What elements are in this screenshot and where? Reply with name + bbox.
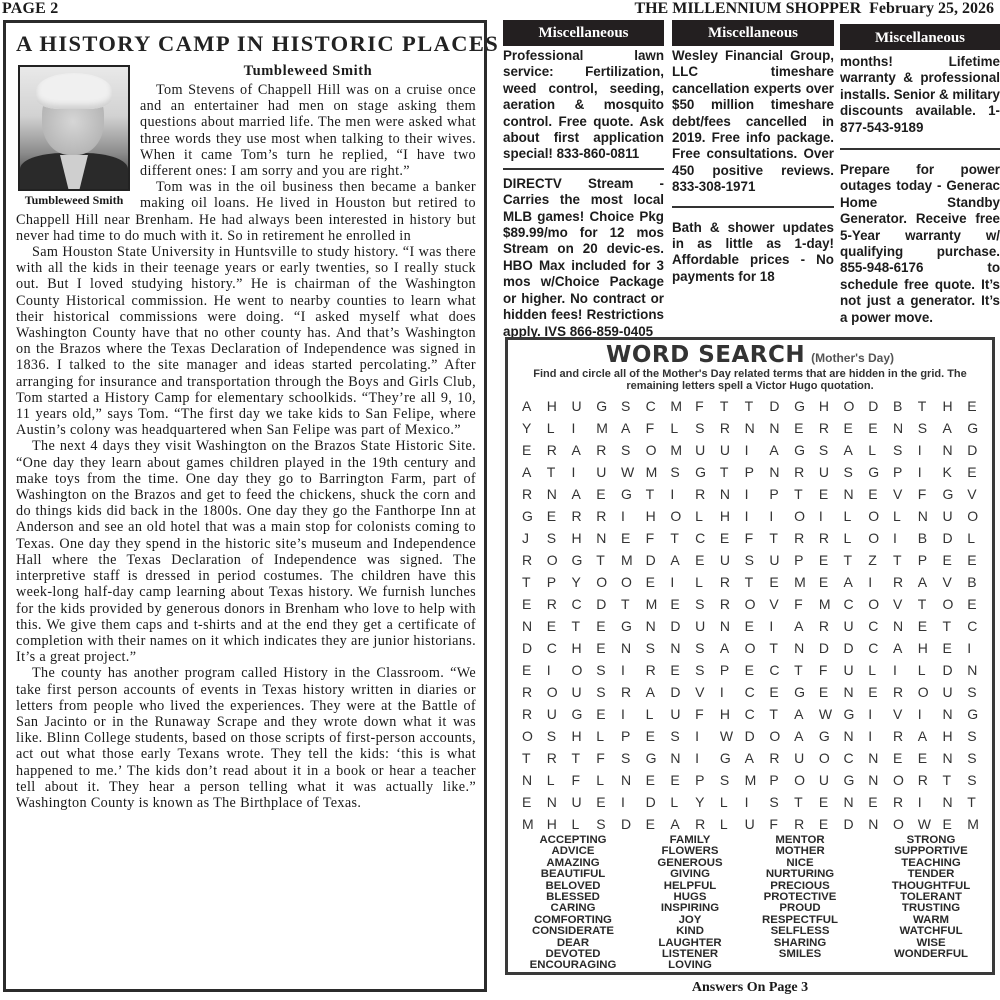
grid-letter[interactable]: O [621, 574, 646, 596]
grid-letter[interactable]: L [918, 662, 943, 684]
grid-letter[interactable]: T [596, 552, 621, 574]
grid-letter[interactable]: E [844, 420, 869, 442]
grid-letter[interactable]: P [794, 552, 819, 574]
grid-letter[interactable]: G [868, 464, 893, 486]
grid-letter[interactable]: H [571, 640, 596, 662]
grid-letter[interactable]: O [670, 508, 695, 530]
grid-letter[interactable]: I [621, 508, 646, 530]
grid-letter[interactable]: T [646, 486, 671, 508]
grid-letter[interactable]: S [695, 420, 720, 442]
grid-letter[interactable]: V [967, 486, 992, 508]
grid-letter[interactable]: M [670, 442, 695, 464]
grid-letter[interactable]: R [819, 420, 844, 442]
grid-letter[interactable]: S [720, 772, 745, 794]
grid-letter[interactable]: H [942, 398, 967, 420]
grid-letter[interactable]: G [942, 486, 967, 508]
grid-letter[interactable]: S [596, 662, 621, 684]
grid-letter[interactable]: I [918, 464, 943, 486]
grid-letter[interactable]: R [794, 530, 819, 552]
grid-letter[interactable]: F [918, 486, 943, 508]
grid-letter[interactable]: R [621, 684, 646, 706]
grid-letter[interactable]: N [942, 442, 967, 464]
grid-letter[interactable]: T [769, 640, 794, 662]
grid-letter[interactable]: T [571, 750, 596, 772]
grid-letter[interactable]: B [967, 574, 992, 596]
grid-letter[interactable]: O [769, 728, 794, 750]
grid-letter[interactable]: T [522, 750, 547, 772]
grid-letter[interactable]: W [819, 706, 844, 728]
grid-letter[interactable]: O [745, 640, 770, 662]
grid-letter[interactable]: U [571, 398, 596, 420]
grid-letter[interactable]: Y [571, 574, 596, 596]
grid-letter[interactable]: V [769, 596, 794, 618]
grid-letter[interactable]: A [571, 486, 596, 508]
grid-letter[interactable]: W [621, 464, 646, 486]
grid-letter[interactable]: D [745, 728, 770, 750]
grid-letter[interactable]: H [646, 508, 671, 530]
grid-letter[interactable]: A [720, 640, 745, 662]
grid-letter[interactable]: C [868, 618, 893, 640]
grid-letter[interactable]: G [621, 618, 646, 640]
grid-letter[interactable]: U [596, 464, 621, 486]
grid-letter[interactable]: E [646, 772, 671, 794]
grid-letter[interactable]: L [596, 728, 621, 750]
grid-letter[interactable]: V [893, 596, 918, 618]
grid-letter[interactable]: I [819, 508, 844, 530]
grid-letter[interactable]: G [967, 706, 992, 728]
grid-letter[interactable]: H [547, 398, 572, 420]
grid-letter[interactable]: E [918, 618, 943, 640]
grid-letter[interactable]: S [967, 750, 992, 772]
grid-letter[interactable]: E [720, 530, 745, 552]
grid-letter[interactable]: N [596, 530, 621, 552]
grid-letter[interactable]: G [794, 398, 819, 420]
grid-letter[interactable]: G [596, 398, 621, 420]
grid-letter[interactable]: R [769, 750, 794, 772]
grid-letter[interactable]: A [893, 640, 918, 662]
grid-letter[interactable]: O [868, 530, 893, 552]
grid-letter[interactable]: C [547, 640, 572, 662]
grid-letter[interactable]: E [522, 442, 547, 464]
grid-letter[interactable]: L [695, 508, 720, 530]
grid-letter[interactable]: S [695, 640, 720, 662]
grid-letter[interactable]: R [522, 552, 547, 574]
grid-letter[interactable]: E [819, 794, 844, 816]
grid-letter[interactable]: U [819, 464, 844, 486]
grid-letter[interactable]: N [522, 772, 547, 794]
grid-letter[interactable]: S [670, 464, 695, 486]
grid-letter[interactable]: B [918, 530, 943, 552]
grid-letter[interactable]: L [868, 662, 893, 684]
grid-letter[interactable]: M [646, 596, 671, 618]
grid-letter[interactable]: L [670, 794, 695, 816]
grid-letter[interactable]: P [769, 486, 794, 508]
grid-letter[interactable]: L [695, 574, 720, 596]
grid-letter[interactable]: H [720, 508, 745, 530]
grid-letter[interactable]: E [596, 486, 621, 508]
grid-letter[interactable]: P [893, 464, 918, 486]
grid-letter[interactable]: A [571, 442, 596, 464]
grid-letter[interactable]: D [967, 442, 992, 464]
grid-letter[interactable]: I [621, 794, 646, 816]
grid-letter[interactable]: E [868, 420, 893, 442]
grid-letter[interactable]: I [571, 464, 596, 486]
grid-letter[interactable]: N [522, 618, 547, 640]
grid-letter[interactable]: H [571, 530, 596, 552]
grid-letter[interactable]: D [844, 640, 869, 662]
grid-letter[interactable]: A [794, 706, 819, 728]
grid-letter[interactable]: R [918, 772, 943, 794]
grid-letter[interactable]: O [942, 596, 967, 618]
grid-letter[interactable]: E [745, 618, 770, 640]
grid-letter[interactable]: N [646, 618, 671, 640]
grid-letter[interactable]: S [621, 750, 646, 772]
grid-letter[interactable]: G [819, 728, 844, 750]
grid-letter[interactable]: I [745, 508, 770, 530]
grid-letter[interactable]: T [942, 618, 967, 640]
grid-letter[interactable]: I [868, 574, 893, 596]
grid-letter[interactable]: D [646, 552, 671, 574]
grid-letter[interactable]: T [670, 530, 695, 552]
grid-letter[interactable]: O [522, 728, 547, 750]
grid-letter[interactable]: F [794, 596, 819, 618]
grid-letter[interactable]: R [646, 662, 671, 684]
grid-letter[interactable]: T [720, 464, 745, 486]
grid-letter[interactable]: A [794, 728, 819, 750]
grid-letter[interactable]: T [547, 464, 572, 486]
grid-letter[interactable]: D [942, 530, 967, 552]
grid-letter[interactable]: S [967, 684, 992, 706]
grid-letter[interactable]: D [596, 596, 621, 618]
grid-letter[interactable]: E [745, 662, 770, 684]
grid-letter[interactable]: M [646, 464, 671, 486]
grid-letter[interactable]: M [621, 552, 646, 574]
grid-letter[interactable]: E [819, 552, 844, 574]
grid-letter[interactable]: C [844, 750, 869, 772]
grid-letter[interactable]: R [522, 706, 547, 728]
grid-letter[interactable]: T [918, 398, 943, 420]
grid-letter[interactable]: R [893, 794, 918, 816]
grid-letter[interactable]: A [918, 574, 943, 596]
grid-letter[interactable]: N [794, 640, 819, 662]
grid-letter[interactable]: E [769, 684, 794, 706]
grid-letter[interactable]: F [596, 750, 621, 772]
grid-letter[interactable]: U [769, 552, 794, 574]
grid-letter[interactable]: L [670, 420, 695, 442]
grid-letter[interactable]: U [844, 662, 869, 684]
grid-letter[interactable]: T [769, 706, 794, 728]
grid-letter[interactable]: B [893, 398, 918, 420]
grid-letter[interactable]: L [868, 442, 893, 464]
grid-letter[interactable]: E [967, 464, 992, 486]
grid-letter[interactable]: S [547, 728, 572, 750]
grid-letter[interactable]: P [769, 772, 794, 794]
grid-letter[interactable]: S [745, 552, 770, 574]
grid-letter[interactable]: N [868, 750, 893, 772]
grid-letter[interactable]: D [819, 640, 844, 662]
grid-letter[interactable]: H [918, 640, 943, 662]
grid-letter[interactable]: G [844, 706, 869, 728]
grid-letter[interactable]: E [646, 574, 671, 596]
grid-letter[interactable]: E [868, 684, 893, 706]
grid-letter[interactable]: U [794, 750, 819, 772]
grid-letter[interactable]: U [695, 618, 720, 640]
grid-letter[interactable]: P [547, 574, 572, 596]
grid-letter[interactable]: S [670, 728, 695, 750]
grid-letter[interactable]: D [769, 398, 794, 420]
grid-letter[interactable]: R [720, 596, 745, 618]
grid-letter[interactable]: I [868, 706, 893, 728]
grid-letter[interactable]: R [596, 508, 621, 530]
grid-letter[interactable]: I [918, 442, 943, 464]
grid-letter[interactable]: A [769, 442, 794, 464]
grid-letter[interactable]: C [967, 618, 992, 640]
grid-letter[interactable]: N [621, 640, 646, 662]
grid-letter[interactable]: O [893, 772, 918, 794]
grid-letter[interactable]: E [819, 684, 844, 706]
grid-letter[interactable]: T [720, 398, 745, 420]
grid-letter[interactable]: U [547, 706, 572, 728]
grid-letter[interactable]: U [942, 684, 967, 706]
grid-letter[interactable]: N [942, 750, 967, 772]
grid-letter[interactable]: O [745, 596, 770, 618]
grid-letter[interactable]: I [670, 574, 695, 596]
grid-letter[interactable]: E [596, 706, 621, 728]
grid-letter[interactable]: P [695, 772, 720, 794]
grid-letter[interactable]: E [547, 618, 572, 640]
grid-letter[interactable]: N [942, 794, 967, 816]
grid-letter[interactable]: F [646, 530, 671, 552]
grid-letter[interactable]: M [819, 596, 844, 618]
grid-letter[interactable]: C [571, 596, 596, 618]
grid-letter[interactable]: R [794, 464, 819, 486]
grid-letter[interactable]: R [547, 750, 572, 772]
grid-letter[interactable]: N [967, 662, 992, 684]
grid-letter[interactable]: L [596, 772, 621, 794]
grid-letter[interactable]: I [769, 508, 794, 530]
grid-letter[interactable]: E [893, 750, 918, 772]
grid-letter[interactable]: N [844, 486, 869, 508]
grid-letter[interactable]: N [893, 420, 918, 442]
grid-letter[interactable]: E [596, 640, 621, 662]
grid-letter[interactable]: R [596, 442, 621, 464]
grid-letter[interactable]: P [621, 728, 646, 750]
grid-letter[interactable]: S [621, 398, 646, 420]
grid-letter[interactable]: I [720, 684, 745, 706]
grid-letter[interactable]: E [868, 486, 893, 508]
grid-letter[interactable]: V [942, 574, 967, 596]
grid-letter[interactable]: E [596, 618, 621, 640]
grid-letter[interactable]: I [893, 662, 918, 684]
grid-letter[interactable]: U [670, 706, 695, 728]
grid-letter[interactable]: C [769, 662, 794, 684]
grid-letter[interactable]: O [547, 552, 572, 574]
grid-letter[interactable]: A [942, 420, 967, 442]
grid-letter[interactable]: E [596, 794, 621, 816]
grid-letter[interactable]: F [695, 398, 720, 420]
grid-letter[interactable]: T [745, 398, 770, 420]
grid-letter[interactable]: I [868, 728, 893, 750]
grid-letter[interactable]: R [720, 420, 745, 442]
grid-letter[interactable]: S [621, 442, 646, 464]
grid-letter[interactable]: G [967, 420, 992, 442]
grid-letter[interactable]: N [942, 706, 967, 728]
grid-letter[interactable]: O [868, 596, 893, 618]
grid-letter[interactable]: T [967, 794, 992, 816]
grid-letter[interactable]: D [670, 618, 695, 640]
grid-letter[interactable]: T [942, 772, 967, 794]
grid-letter[interactable]: U [844, 618, 869, 640]
grid-letter[interactable]: R [893, 728, 918, 750]
grid-letter[interactable]: E [942, 640, 967, 662]
grid-letter[interactable]: E [522, 794, 547, 816]
grid-letter[interactable]: H [720, 706, 745, 728]
grid-letter[interactable]: G [571, 552, 596, 574]
grid-letter[interactable]: S [918, 420, 943, 442]
grid-letter[interactable]: E [522, 662, 547, 684]
grid-letter[interactable]: D [522, 640, 547, 662]
grid-letter[interactable]: N [893, 618, 918, 640]
grid-letter[interactable]: F [646, 420, 671, 442]
grid-letter[interactable]: E [522, 596, 547, 618]
grid-letter[interactable]: M [596, 420, 621, 442]
grid-letter[interactable]: A [844, 442, 869, 464]
grid-letter[interactable]: N [621, 772, 646, 794]
grid-letter[interactable]: G [522, 508, 547, 530]
grid-letter[interactable]: I [967, 640, 992, 662]
grid-letter[interactable]: L [967, 530, 992, 552]
grid-letter[interactable]: I [670, 486, 695, 508]
grid-letter[interactable]: A [745, 750, 770, 772]
grid-letter[interactable]: N [720, 486, 745, 508]
grid-letter[interactable]: M [670, 398, 695, 420]
grid-letter[interactable]: G [794, 684, 819, 706]
grid-letter[interactable]: I [769, 618, 794, 640]
grid-letter[interactable]: E [918, 750, 943, 772]
grid-letter[interactable]: T [893, 552, 918, 574]
grid-letter[interactable]: O [547, 684, 572, 706]
grid-letter[interactable]: D [868, 398, 893, 420]
grid-letter[interactable]: N [720, 618, 745, 640]
grid-letter[interactable]: G [646, 750, 671, 772]
grid-letter[interactable]: T [844, 552, 869, 574]
grid-letter[interactable]: S [967, 728, 992, 750]
grid-letter[interactable]: V [893, 706, 918, 728]
grid-letter[interactable]: R [819, 618, 844, 640]
grid-letter[interactable]: R [893, 574, 918, 596]
grid-letter[interactable]: U [942, 508, 967, 530]
grid-letter[interactable]: L [547, 772, 572, 794]
grid-letter[interactable]: M [794, 574, 819, 596]
grid-letter[interactable]: N [769, 464, 794, 486]
grid-letter[interactable]: S [893, 442, 918, 464]
grid-letter[interactable]: C [646, 398, 671, 420]
grid-letter[interactable]: T [918, 596, 943, 618]
grid-letter[interactable]: I [745, 794, 770, 816]
grid-letter[interactable]: R [547, 596, 572, 618]
grid-letter[interactable]: I [745, 486, 770, 508]
grid-letter[interactable]: O [794, 508, 819, 530]
grid-letter[interactable]: F [571, 772, 596, 794]
grid-letter[interactable]: U [571, 794, 596, 816]
grid-letter[interactable]: R [893, 684, 918, 706]
grid-letter[interactable]: A [522, 464, 547, 486]
grid-letter[interactable]: U [720, 442, 745, 464]
grid-letter[interactable]: L [646, 706, 671, 728]
grid-letter[interactable]: F [819, 662, 844, 684]
grid-letter[interactable]: N [547, 486, 572, 508]
grid-letter[interactable]: N [769, 420, 794, 442]
grid-letter[interactable]: R [571, 508, 596, 530]
grid-letter[interactable]: K [942, 464, 967, 486]
grid-letter[interactable]: N [745, 420, 770, 442]
grid-letter[interactable]: V [893, 486, 918, 508]
grid-letter[interactable]: D [942, 662, 967, 684]
grid-letter[interactable]: C [745, 684, 770, 706]
grid-letter[interactable]: E [769, 574, 794, 596]
grid-letter[interactable]: R [720, 574, 745, 596]
grid-letter[interactable]: I [547, 662, 572, 684]
grid-letter[interactable]: S [695, 662, 720, 684]
grid-letter[interactable]: E [547, 508, 572, 530]
grid-letter[interactable]: O [967, 508, 992, 530]
grid-letter[interactable]: U [720, 552, 745, 574]
grid-letter[interactable]: E [967, 398, 992, 420]
grid-letter[interactable]: U [571, 684, 596, 706]
grid-letter[interactable]: G [844, 772, 869, 794]
grid-letter[interactable]: L [893, 508, 918, 530]
grid-letter[interactable]: N [844, 794, 869, 816]
grid-letter[interactable]: E [794, 420, 819, 442]
grid-letter[interactable]: N [844, 728, 869, 750]
grid-letter[interactable]: Y [522, 420, 547, 442]
grid-letter[interactable]: T [794, 662, 819, 684]
grid-letter[interactable]: I [571, 420, 596, 442]
grid-letter[interactable]: S [596, 684, 621, 706]
grid-letter[interactable]: O [646, 442, 671, 464]
grid-letter[interactable]: A [918, 728, 943, 750]
grid-letter[interactable]: E [967, 552, 992, 574]
grid-letter[interactable]: H [571, 728, 596, 750]
grid-letter[interactable]: C [844, 596, 869, 618]
grid-letter[interactable]: U [695, 442, 720, 464]
grid-letter[interactable]: T [745, 574, 770, 596]
grid-letter[interactable]: L [720, 794, 745, 816]
grid-letter[interactable]: R [819, 530, 844, 552]
grid-letter[interactable]: H [942, 728, 967, 750]
grid-letter[interactable]: I [621, 706, 646, 728]
grid-letter[interactable]: T [769, 530, 794, 552]
grid-letter[interactable]: E [670, 772, 695, 794]
grid-letter[interactable]: P [745, 464, 770, 486]
grid-letter[interactable]: N [868, 772, 893, 794]
grid-letter[interactable]: E [670, 596, 695, 618]
grid-letter[interactable]: O [844, 398, 869, 420]
grid-letter[interactable]: M [745, 772, 770, 794]
grid-letter[interactable]: F [695, 706, 720, 728]
grid-letter[interactable]: R [522, 486, 547, 508]
grid-letter[interactable]: E [942, 552, 967, 574]
grid-letter[interactable]: I [695, 750, 720, 772]
grid-letter[interactable]: A [670, 552, 695, 574]
grid-letter[interactable]: T [794, 486, 819, 508]
grid-letter[interactable]: E [819, 574, 844, 596]
grid-letter[interactable]: F [745, 530, 770, 552]
grid-letter[interactable]: L [547, 420, 572, 442]
grid-letter[interactable]: A [844, 574, 869, 596]
grid-letter[interactable]: S [646, 640, 671, 662]
grid-letter[interactable]: A [522, 398, 547, 420]
